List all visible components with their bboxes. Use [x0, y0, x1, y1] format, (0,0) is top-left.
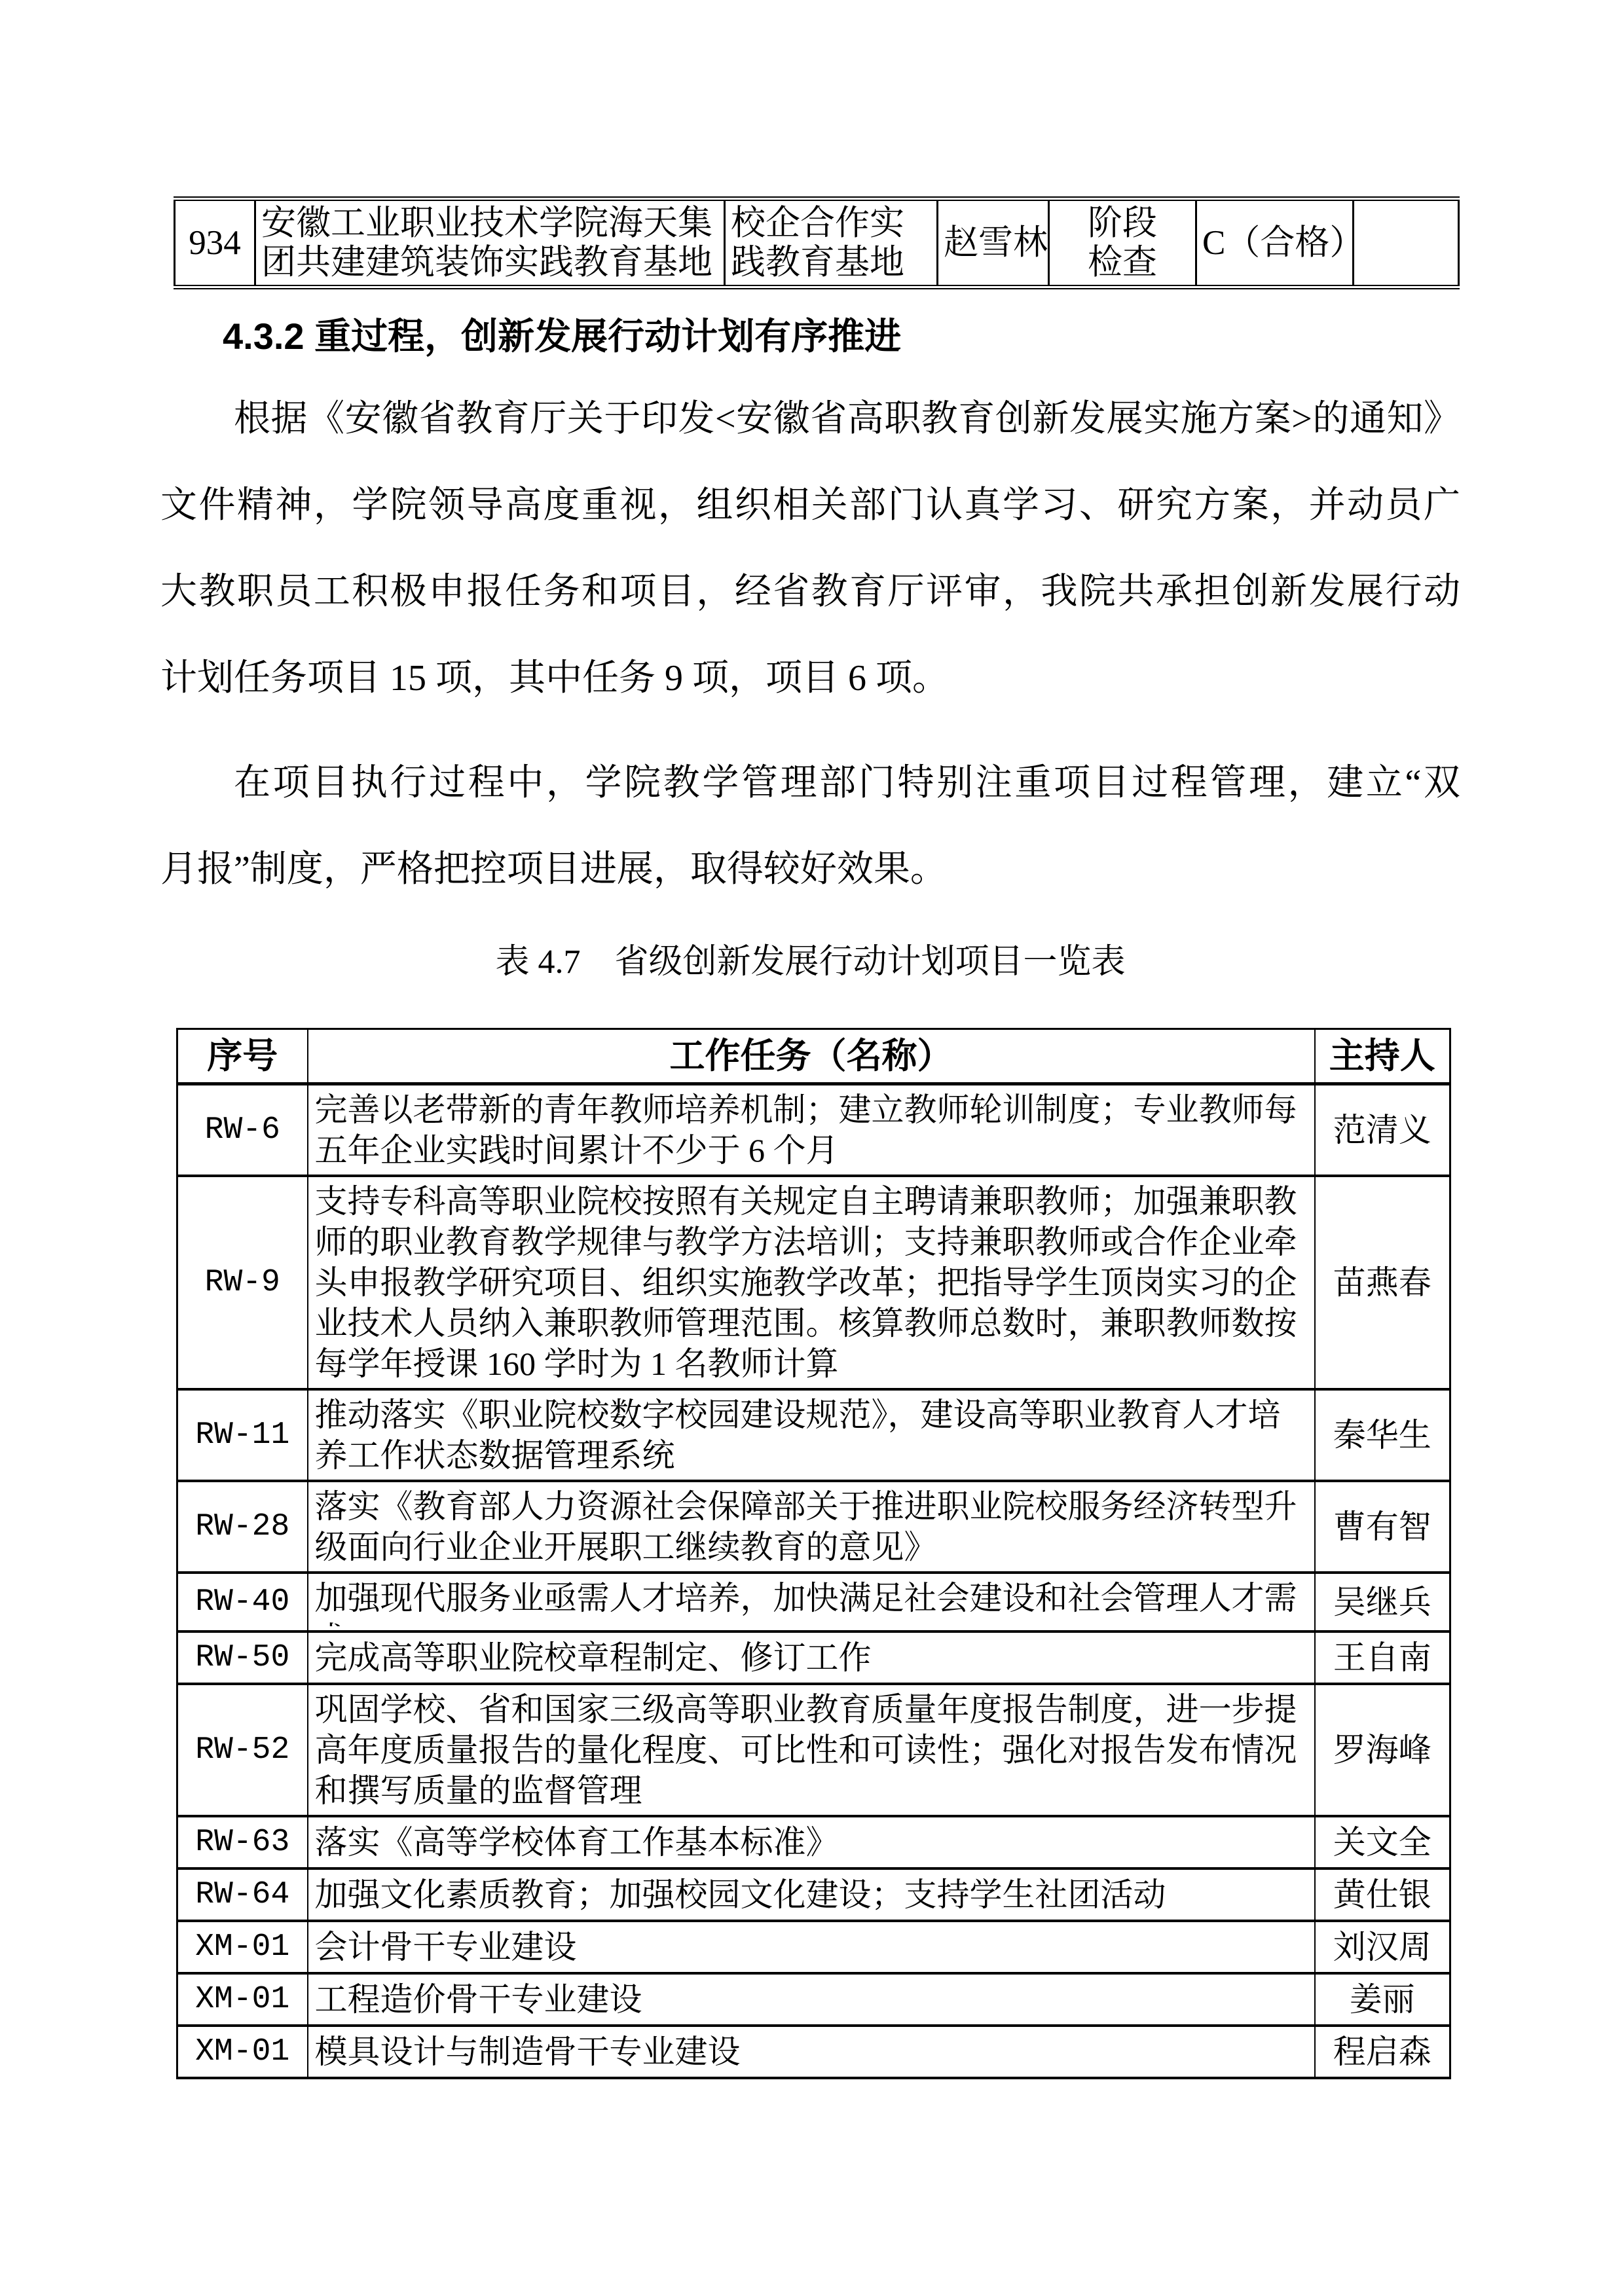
task-person: 黄仕银 — [1315, 1868, 1450, 1921]
task-person: 秦华生 — [1315, 1389, 1450, 1481]
task-text: 工程造价骨干专业建设 — [308, 1973, 1315, 2026]
task-person: 吴继兵 — [1315, 1573, 1450, 1631]
table-caption: 表 4.7 省级创新发展行动计划项目一览表 — [160, 943, 1460, 982]
paragraph-line: 根据《安徽省教育厅关于印发<安徽省高职教育创新发展实施方案>的通知》 — [160, 376, 1460, 462]
table-row: RW-64 加强文化素质教育；加强校园文化建设；支持学生社团活动 黄仕银 — [177, 1868, 1450, 1921]
task-code: RW-40 — [177, 1573, 308, 1631]
task-text: 推动落实《职业院校数字校园建设规范》，建设高等职业教育人才培养工作状态数据管理系… — [308, 1389, 1315, 1481]
project-name-cell: 安徽工业职业技术学院海天集团共建建筑装饰实践教育基地 — [255, 199, 725, 287]
table-row: XM-01 会计骨干专业建设 刘汉周 — [177, 1921, 1450, 1973]
table-row: RW-50 完成高等职业院校章程制定、修订工作 王自南 — [177, 1631, 1450, 1684]
task-person: 关文全 — [1315, 1816, 1450, 1868]
task-text: 巩固学校、省和国家三级高等职业教育质量年度报告制度，进一步提高年度质量报告的量化… — [308, 1684, 1315, 1816]
table-row: RW-40 加强现代服务业亟需人才培养，加快满足社会建设和社会管理人才需求 吴继… — [177, 1573, 1450, 1631]
header-task: 工作任务（名称） — [308, 1029, 1315, 1084]
paragraph-1: 根据《安徽省教育厅关于印发<安徽省高职教育创新发展实施方案>的通知》 文件精神，… — [160, 376, 1460, 721]
paragraph-line: 文件精神，学院领导高度重视，组织相关部门认真学习、研究方案，并动员广 — [160, 462, 1460, 549]
task-text: 完善以老带新的青年教师培养机制；建立教师轮训制度；专业教师每五年企业实践时间累计… — [308, 1084, 1315, 1176]
grade-cell: C（合格） — [1196, 199, 1354, 287]
paragraph-line: 在项目执行过程中，学院教学管理部门特别注重项目过程管理，建立“双 — [160, 740, 1460, 826]
continued-project-table: 934 安徽工业职业技术学院海天集团共建建筑装饰实践教育基地 校企合作实践教育基… — [174, 196, 1460, 289]
task-code: XM-01 — [177, 2026, 308, 2078]
table-row: RW-9 支持专科高等职业院校按照有关规定自主聘请兼职教师；加强兼职教师的职业教… — [177, 1176, 1450, 1389]
clipped-text: 加强现代服务业亟需人才培养，加快满足社会建设和社会管理人才需求 — [315, 1578, 1308, 1626]
task-person: 范清义 — [1315, 1084, 1450, 1176]
task-text: 模具设计与制造骨干专业建设 — [308, 2026, 1315, 2078]
paragraph-line: 大教职员工积极申报任务和项目，经省教育厅评审，我院共承担创新发展行动 — [160, 549, 1460, 635]
table-row: RW-28 落实《教育部人力资源社会保障部关于推进职业院校服务经济转型升级面向行… — [177, 1481, 1450, 1573]
task-text-clipped: 加强现代服务业亟需人才培养，加快满足社会建设和社会管理人才需求 — [308, 1573, 1315, 1631]
header-no: 序号 — [177, 1029, 308, 1084]
table-row: RW-11 推动落实《职业院校数字校园建设规范》，建设高等职业教育人才培养工作状… — [177, 1389, 1450, 1481]
task-code: XM-01 — [177, 1973, 308, 2026]
task-person: 苗燕春 — [1315, 1176, 1450, 1389]
innovation-plan-table: 序号 工作任务（名称） 主持人 RW-6 完善以老带新的青年教师培养机制；建立教… — [176, 1028, 1451, 2079]
paragraph-line: 计划任务项目 15 项，其中任务 9 项，项目 6 项。 — [160, 635, 1460, 721]
task-code: RW-64 — [177, 1868, 308, 1921]
section-heading: 4.3.2 重过程，创新发展行动计划有序推进 — [223, 316, 1464, 357]
task-code: XM-01 — [177, 1921, 308, 1973]
task-person: 姜丽 — [1315, 1973, 1450, 2026]
table-header-row: 序号 工作任务（名称） 主持人 — [177, 1029, 1450, 1084]
task-text: 落实《教育部人力资源社会保障部关于推进职业院校服务经济转型升级面向行业企业开展职… — [308, 1481, 1315, 1573]
table-row: RW-63 落实《高等学校体育工作基本标准》 关文全 — [177, 1816, 1450, 1868]
empty-cell — [1354, 199, 1459, 287]
paragraph-line: 月报”制度，严格把控项目进展，取得较好效果。 — [160, 826, 1460, 913]
task-text: 会计骨干专业建设 — [308, 1921, 1315, 1973]
task-text: 加强文化素质教育；加强校园文化建设；支持学生社团活动 — [308, 1868, 1315, 1921]
task-code: RW-63 — [177, 1816, 308, 1868]
task-code: RW-11 — [177, 1389, 308, 1481]
task-person: 程启森 — [1315, 2026, 1450, 2078]
table-row: XM-01 工程造价骨干专业建设 姜丽 — [177, 1973, 1450, 2026]
table-row: 934 安徽工业职业技术学院海天集团共建建筑装饰实践教育基地 校企合作实践教育基… — [175, 199, 1459, 287]
task-text: 完成高等职业院校章程制定、修订工作 — [308, 1631, 1315, 1684]
person-cell: 赵雪林 — [938, 199, 1049, 287]
table-row: XM-01 模具设计与制造骨干专业建设 程启森 — [177, 2026, 1450, 2078]
task-code: RW-52 — [177, 1684, 308, 1816]
task-text: 支持专科高等职业院校按照有关规定自主聘请兼职教师；加强兼职教师的职业教育教学规律… — [308, 1176, 1315, 1389]
stage-text: 阶段检查 — [1084, 204, 1161, 282]
task-code: RW-9 — [177, 1176, 308, 1389]
task-person: 王自南 — [1315, 1631, 1450, 1684]
task-person: 刘汉周 — [1315, 1921, 1450, 1973]
page-content: 934 安徽工业职业技术学院海天集团共建建筑装饰实践教育基地 校企合作实践教育基… — [160, 196, 1464, 2079]
row-number-cell: 934 — [175, 199, 255, 287]
task-code: RW-50 — [177, 1631, 308, 1684]
task-person: 曹有智 — [1315, 1481, 1450, 1573]
stage-cell: 阶段检查 — [1049, 199, 1196, 287]
table-row: RW-52 巩固学校、省和国家三级高等职业教育质量年度报告制度，进一步提高年度质… — [177, 1684, 1450, 1816]
document-page: 934 安徽工业职业技术学院海天集团共建建筑装饰实践教育基地 校企合作实践教育基… — [0, 0, 1624, 2296]
task-code: RW-6 — [177, 1084, 308, 1176]
task-person: 罗海峰 — [1315, 1684, 1450, 1816]
header-person: 主持人 — [1315, 1029, 1450, 1084]
task-text: 落实《高等学校体育工作基本标准》 — [308, 1816, 1315, 1868]
table-row: RW-6 完善以老带新的青年教师培养机制；建立教师轮训制度；专业教师每五年企业实… — [177, 1084, 1450, 1176]
base-type-cell: 校企合作实践教育基地 — [725, 199, 938, 287]
paragraph-2: 在项目执行过程中，学院教学管理部门特别注重项目过程管理，建立“双 月报”制度，严… — [160, 740, 1460, 913]
task-code: RW-28 — [177, 1481, 308, 1573]
